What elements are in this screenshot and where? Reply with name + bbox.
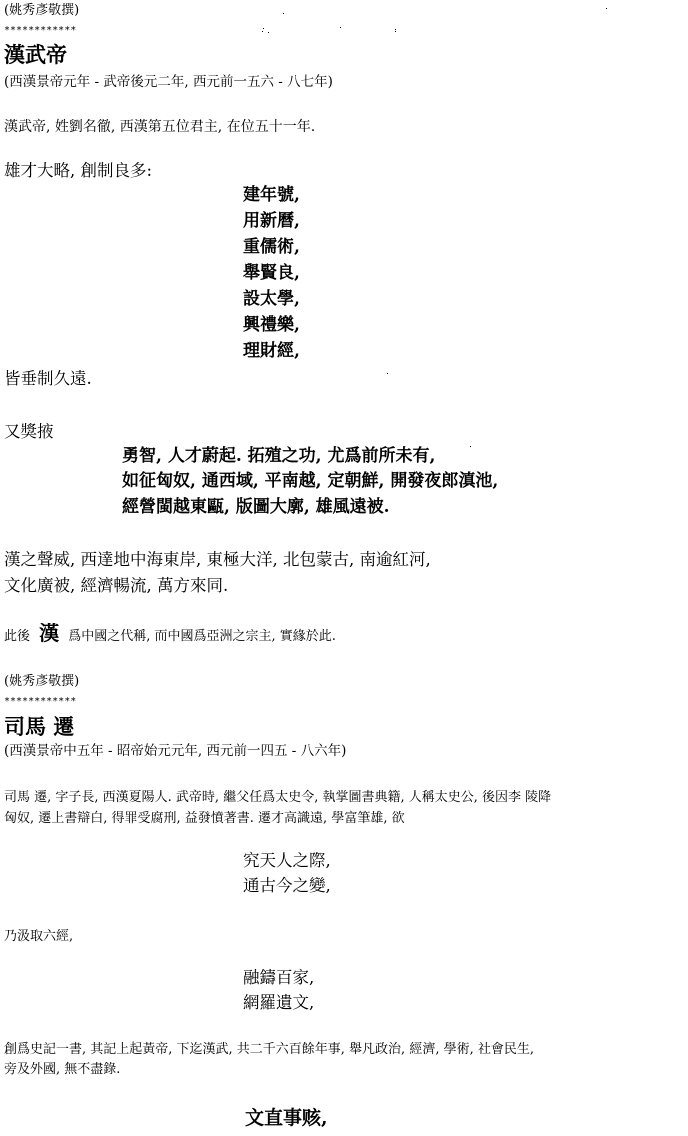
prestige-line: 文化廣被, 經濟暢流, 萬方來同. bbox=[4, 578, 228, 595]
achievement-item: 建年號, bbox=[243, 187, 300, 204]
prestige-line: 漢之聲威, 西達地中海東岸, 東極大洋, 北包蒙古, 南逾紅河, bbox=[4, 552, 431, 569]
conclusion-text: 皆垂制久遠. bbox=[4, 371, 92, 388]
verse-line: 融鑄百家, bbox=[243, 970, 314, 987]
scan-speck bbox=[395, 31, 396, 32]
shiji-line: 旁及外國, 無不盡錄. bbox=[4, 1063, 120, 1076]
achievement-item: 理財經, bbox=[243, 343, 300, 360]
scan-speck bbox=[268, 32, 269, 33]
date-range: (西漢景帝元年 - 武帝後元二年, 西元前一五六 - 八七年) bbox=[4, 76, 333, 90]
lead-text: 又獎掖 bbox=[4, 424, 54, 441]
lead-text: 雄才大略, 創制良多: bbox=[4, 163, 152, 180]
han-character: 漢 bbox=[39, 621, 59, 645]
section-title: 司馬 遷 bbox=[4, 716, 74, 737]
closing-suffix: 爲中國之代稱, 而中國爲亞洲之宗主, 實緣於此. bbox=[68, 629, 336, 644]
verse-line: 究天人之際, bbox=[243, 853, 331, 870]
scan-speck bbox=[606, 8, 607, 9]
scan-speck bbox=[283, 13, 284, 14]
verse-line: 通古今之變, bbox=[243, 878, 331, 895]
achievement-item: 興禮樂, bbox=[243, 317, 300, 334]
date-range: (西漢景帝中五年 - 昭帝始元元年, 西元前一四五 - 八六年) bbox=[4, 745, 346, 759]
closing-prefix: 此後 bbox=[4, 629, 30, 644]
achievement-item: 設太學, bbox=[243, 291, 300, 308]
intro-text: 漢武帝, 姓劉名徹, 西漢第五位君主, 在位五十一年. bbox=[4, 120, 315, 134]
scan-speck bbox=[470, 446, 471, 447]
bio-line: 司馬 遷, 字子長, 西漢夏陽人. 武帝時, 繼父任爲太史令, 執掌圖書典籍, … bbox=[4, 791, 551, 804]
achievement-item: 舉賢良, bbox=[243, 265, 300, 282]
separator: ************ bbox=[4, 697, 76, 707]
scan-speck bbox=[387, 373, 388, 374]
military-line: 經營閩越東甌, 版圖大廓, 雄風遠被. bbox=[122, 499, 390, 516]
verse-line: 文直事赅, bbox=[245, 1109, 328, 1128]
scan-speck bbox=[340, 27, 341, 28]
achievement-item: 重儒術, bbox=[243, 239, 300, 256]
military-line: 勇智, 人才蔚起. 拓殖之功, 尤爲前所未有, bbox=[122, 448, 435, 465]
closing-text: 此後 漢 爲中國之代稱, 而中國爲亞洲之宗主, 實緣於此. bbox=[4, 623, 336, 643]
separator: ************ bbox=[4, 26, 76, 36]
bio-line: 匈奴, 遷上書辯白, 得罪受腐刑, 益發憤著書. 遷才高識遠, 學富筆雄, 欲 bbox=[4, 812, 405, 825]
author-credit: (姚秀彥敬撰) bbox=[4, 4, 79, 17]
scan-speck bbox=[263, 28, 264, 29]
verse-line: 網羅遺文, bbox=[243, 995, 314, 1012]
achievement-item: 用新曆, bbox=[243, 213, 300, 230]
middle-text: 乃汲取六經, bbox=[4, 930, 73, 943]
scan-speck bbox=[395, 29, 396, 30]
author-credit: (姚秀彥敬撰) bbox=[4, 675, 79, 688]
military-line: 如征匈奴, 通西域, 平南越, 定朝鮮, 開發夜郎滇池, bbox=[122, 473, 498, 490]
scan-speck bbox=[262, 31, 263, 32]
page-title: 漢武帝 bbox=[4, 44, 67, 65]
shiji-line: 創爲史記一書, 其記上起黃帝, 下迄漢武, 共二千六百餘年事, 舉凡政治, 經濟… bbox=[4, 1043, 534, 1056]
